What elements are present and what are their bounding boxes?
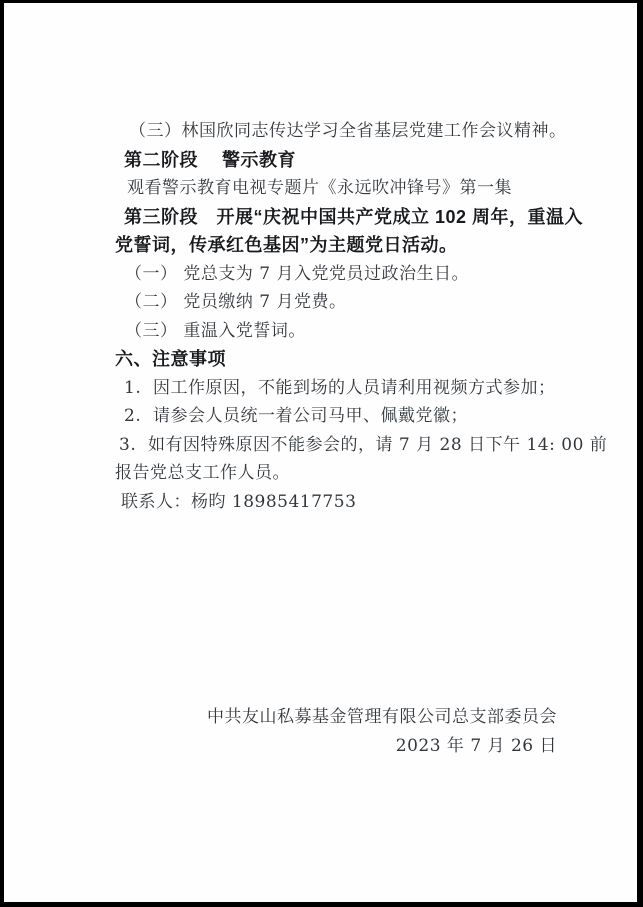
- signature-date: 2023 年 7 月 26 日: [115, 732, 637, 761]
- notice-item-1: 1. 因工作原因，不能到场的人员请利用视频方式参加；: [115, 374, 637, 403]
- document-page: （三）林国欣同志传达学习全省基层党建工作会议精神。 第二阶段 警示教育 观看警示…: [0, 0, 643, 907]
- stage-3-item-2: （二） 党员缴纳 7 月党费。: [115, 288, 637, 317]
- notice-item-2: 2. 请参会人员统一着公司马甲、佩戴党徽；: [115, 402, 637, 431]
- section-6-heading: 六、注意事项: [115, 345, 637, 374]
- meeting-spirit-item-3: （三）林国欣同志传达学习全省基层党建工作会议精神。: [115, 117, 637, 146]
- notice-item-3-line-1: 3. 如有因特殊原因不能参会的，请 7 月 28 日下午 14: 00 前: [115, 431, 637, 460]
- notice-item-3-line-2: 报告党总支工作人员。: [115, 459, 637, 488]
- stage-3-item-1: （一） 党总支为 7 月入党党员过政治生日。: [115, 260, 637, 289]
- stage-3-item-3: （三） 重温入党誓词。: [115, 317, 637, 346]
- contact-line: 联系人：杨昀 18985417753: [115, 488, 637, 517]
- document-body: （三）林国欣同志传达学习全省基层党建工作会议精神。 第二阶段 警示教育 观看警示…: [4, 3, 637, 760]
- stage-2-heading: 第二阶段 警示教育: [115, 146, 637, 175]
- signature-org: 中共友山私募基金管理有限公司总支部委员会: [115, 703, 637, 732]
- stage-2-content: 观看警示教育电视专题片《永远吹冲锋号》第一集: [115, 174, 637, 203]
- blank-space: [115, 516, 637, 703]
- stage-3-heading-line-1: 第三阶段 开展“庆祝中国共产党成立 102 周年，重温入: [115, 203, 637, 232]
- stage-3-heading-line-2: 党誓词，传承红色基因”为主题党日活动。: [115, 231, 637, 260]
